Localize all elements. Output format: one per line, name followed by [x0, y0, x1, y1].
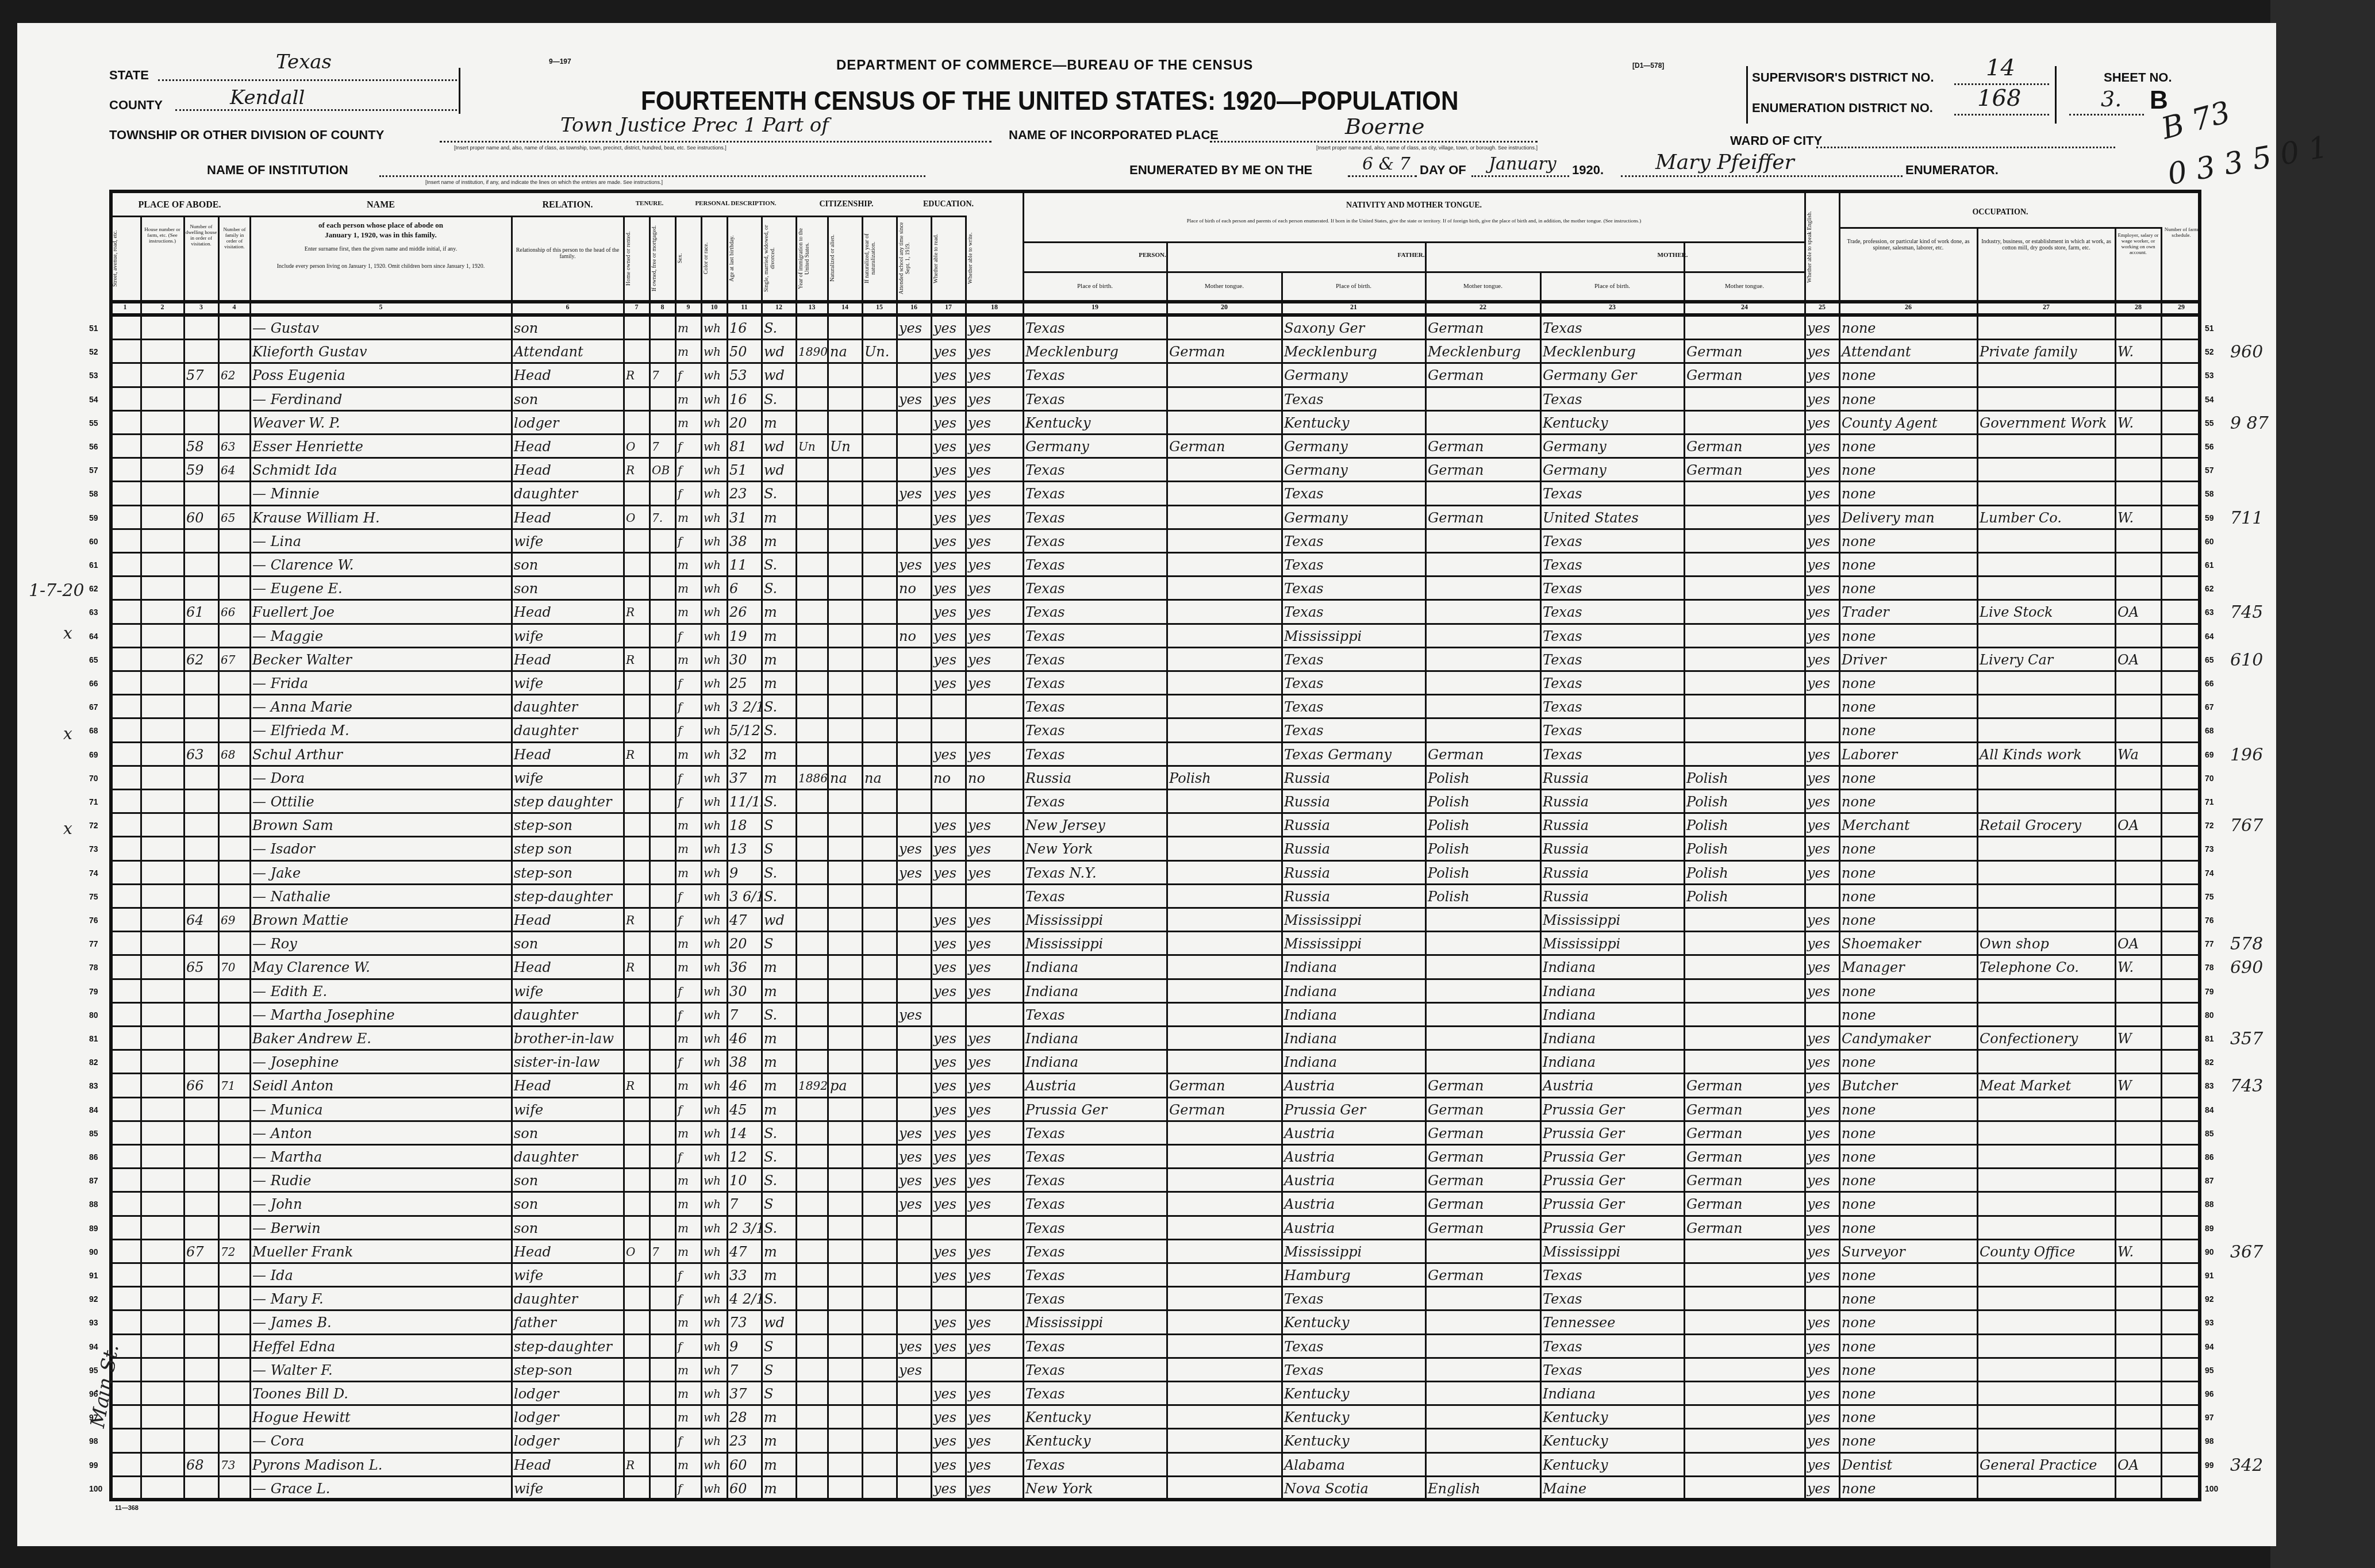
cell-mt — [1167, 1288, 1282, 1311]
cell-emp — [2115, 1335, 2161, 1359]
cell-mt — [1167, 1004, 1282, 1027]
cell-fmt — [1425, 1311, 1540, 1335]
cell-imm — [796, 482, 828, 506]
cell-owned — [650, 909, 675, 932]
cell-emp: W — [2115, 1027, 2161, 1051]
header-c5-a: of each person whose place of abode on — [256, 221, 506, 229]
line-number: 74 — [2205, 868, 2214, 878]
cell-ind — [1977, 1477, 2115, 1501]
cell-marital: S — [762, 932, 796, 956]
cell-owned: 7 — [650, 435, 675, 459]
cell-fmt — [1425, 412, 1540, 435]
cell-fpob: Kentucky — [1282, 1382, 1425, 1406]
line-number: 57 — [2205, 466, 2214, 475]
cell-school: yes — [897, 317, 931, 340]
cell-mmt: German — [1684, 1169, 1805, 1193]
cell-natyr — [862, 672, 897, 695]
cell-family — [218, 1004, 250, 1027]
cell-eng: yes — [1805, 672, 1839, 695]
cell-write: yes — [966, 980, 1023, 1004]
cell-mpob: Russia — [1540, 814, 1684, 837]
cell-mt — [1167, 837, 1282, 861]
cell-fmt — [1425, 648, 1540, 672]
cell-dwelling — [184, 577, 218, 601]
cell-mmt: German — [1684, 1217, 1805, 1240]
cell-owned — [650, 1311, 675, 1335]
cell-dwelling: 67 — [184, 1240, 218, 1264]
column-number: 20 — [1167, 303, 1282, 312]
cell-mpob: Russia — [1540, 767, 1684, 790]
nativity-note: Place of birth of each person and parent… — [1029, 218, 1799, 224]
cell-read: yes — [931, 1429, 966, 1453]
county-underline — [175, 109, 457, 111]
cell-sex: f — [675, 672, 701, 695]
cell-family — [218, 837, 250, 861]
cell-marital: m — [762, 1477, 796, 1501]
cell-age: 38 — [727, 530, 762, 554]
cell-occ: none — [1839, 1004, 1977, 1027]
cell-fpob: Russia — [1282, 814, 1425, 837]
cell-mt — [1167, 1429, 1282, 1453]
cell-relation: daughter — [512, 1146, 624, 1169]
margin-mark-1: x — [63, 624, 72, 643]
cell-nat — [828, 1169, 862, 1193]
group-citizenship: CITIZENSHIP. — [796, 200, 897, 209]
cell-sex: m — [675, 1454, 701, 1477]
cell-dwelling — [184, 388, 218, 412]
cell-pob: Texas — [1023, 1335, 1167, 1359]
census-title: FOURTEENTH CENSUS OF THE UNITED STATES: … — [641, 85, 1459, 116]
cell-school: yes — [897, 1359, 931, 1382]
line-number: 58 — [89, 489, 98, 498]
right-margin-note: 578 — [2230, 932, 2263, 956]
cell-owned — [650, 648, 675, 672]
line-number: 53 — [89, 371, 98, 380]
cell-ind: Meat Market — [1977, 1074, 2115, 1098]
cell-fmt — [1425, 672, 1540, 695]
margin-mark-3: x — [63, 819, 72, 838]
district-bracket-left — [1746, 66, 1748, 124]
cell-owned — [650, 1027, 675, 1051]
department-title: DEPARTMENT OF COMMERCE—BUREAU OF THE CEN… — [836, 57, 1253, 74]
cell-race: wh — [701, 317, 727, 340]
cell-pob: Texas — [1023, 459, 1167, 482]
cell-imm — [796, 364, 828, 387]
cell-age: 11 — [727, 554, 762, 577]
line-number: 83 — [2205, 1081, 2214, 1090]
cell-name: — Minnie — [250, 482, 512, 506]
cell-emp: W — [2115, 1074, 2161, 1098]
cell-eng: yes — [1805, 956, 1839, 979]
header-father: FATHER. — [1282, 252, 1540, 259]
cell-name: — Dora — [250, 767, 512, 790]
cell-nat — [828, 1004, 862, 1027]
cell-natyr — [862, 909, 897, 932]
cell-mpob: Mecklenburg — [1540, 340, 1684, 364]
cell-natyr: Un. — [862, 340, 897, 364]
cell-pob: Texas — [1023, 1217, 1167, 1240]
cell-emp — [2115, 317, 2161, 340]
table-row: 6166Fuellert JoeHeadRmwh26myesyesTexasTe… — [109, 601, 2201, 624]
cell-nat — [828, 554, 862, 577]
cell-family: 67 — [218, 648, 250, 672]
table-row: Klieforth GustavAttendantmwh50wd1890naUn… — [109, 340, 2201, 364]
cell-tenure — [624, 1027, 650, 1051]
cell-age: 16 — [727, 317, 762, 340]
line-number: 72 — [89, 821, 98, 830]
table-row: — Idawifefwh33myesyesTexasHamburgGermanT… — [109, 1264, 2201, 1288]
cell-write: yes — [966, 1454, 1023, 1477]
cell-dwelling: 60 — [184, 506, 218, 530]
cell-ind — [1977, 459, 2115, 482]
cell-natyr — [862, 1098, 897, 1122]
cell-nat — [828, 909, 862, 932]
cell-relation: step son — [512, 837, 624, 861]
cell-family — [218, 1122, 250, 1146]
line-number: 61 — [89, 560, 98, 570]
cell-read: yes — [931, 577, 966, 601]
cell-imm: 1890 — [796, 340, 828, 364]
cell-owned — [650, 1382, 675, 1406]
cell-natyr — [862, 412, 897, 435]
cell-occ: none — [1839, 719, 1977, 743]
cell-emp — [2115, 672, 2161, 695]
cell-mt — [1167, 1454, 1282, 1477]
cell-dwelling: 61 — [184, 601, 218, 624]
group-place-of-abode: PLACE OF ABODE. — [109, 200, 250, 210]
cell-marital: S. — [762, 790, 796, 814]
cell-relation: son — [512, 1193, 624, 1216]
line-number: 86 — [2205, 1152, 2214, 1162]
cell-marital: m — [762, 1098, 796, 1122]
cell-school — [897, 435, 931, 459]
cell-emp — [2115, 1359, 2161, 1382]
cell-owned — [650, 672, 675, 695]
cell-natyr: na — [862, 767, 897, 790]
cell-name: — Frida — [250, 672, 512, 695]
county-label: COUNTY — [109, 98, 163, 113]
header-person: PERSON. — [1023, 252, 1282, 259]
cell-occ: none — [1839, 1311, 1977, 1335]
right-margin-note: 196 — [2230, 743, 2263, 767]
cell-name: — Mary F. — [250, 1288, 512, 1311]
cell-age: 46 — [727, 1027, 762, 1051]
line-number: 68 — [2205, 726, 2214, 735]
cell-emp — [2115, 790, 2161, 814]
cell-owned — [650, 932, 675, 956]
cell-age: 73 — [727, 1311, 762, 1335]
township-label: TOWNSHIP OR OTHER DIVISION OF COUNTY — [109, 128, 384, 143]
cell-school — [897, 1240, 931, 1264]
cell-imm — [796, 672, 828, 695]
sheet-label: SHEET NO. — [2104, 70, 2172, 85]
cell-read: yes — [931, 1027, 966, 1051]
cell-imm — [796, 1193, 828, 1216]
cell-mt — [1167, 1027, 1282, 1051]
cell-owned — [650, 388, 675, 412]
header-c28: Employer, salary or wage worker, or work… — [2116, 233, 2160, 256]
cell-natyr — [862, 1146, 897, 1169]
cell-age: 31 — [727, 506, 762, 530]
cell-read: yes — [931, 506, 966, 530]
month-underline — [1471, 175, 1569, 177]
cell-relation: Head — [512, 909, 624, 932]
table-row: — Marthadaughterfwh12S.yesyesyesTexasAus… — [109, 1146, 2201, 1169]
cell-marital: m — [762, 767, 796, 790]
cell-read — [931, 1217, 966, 1240]
cell-mt: Polish — [1167, 767, 1282, 790]
state-underline — [158, 79, 457, 81]
cell-name: Hogue Hewitt — [250, 1406, 512, 1429]
cell-imm — [796, 412, 828, 435]
cell-emp: Wa — [2115, 743, 2161, 767]
cell-sex: m — [675, 1406, 701, 1429]
cell-relation: step-daughter — [512, 885, 624, 909]
cell-name: Krause William H. — [250, 506, 512, 530]
column-number: 21 — [1282, 303, 1425, 312]
cell-name: — John — [250, 1193, 512, 1216]
cell-age: 18 — [727, 814, 762, 837]
cell-natyr — [862, 601, 897, 624]
cell-family — [218, 1288, 250, 1311]
cell-family — [218, 1311, 250, 1335]
right-margin-note: 9 87 — [2230, 412, 2269, 435]
cell-emp: W. — [2115, 1240, 2161, 1264]
cell-name: — Munica — [250, 1098, 512, 1122]
cell-read: yes — [931, 1264, 966, 1288]
line-number: 73 — [89, 844, 98, 854]
cell-read: yes — [931, 1477, 966, 1501]
cell-mmt — [1684, 1027, 1805, 1051]
cell-dwelling — [184, 554, 218, 577]
cell-eng: yes — [1805, 625, 1839, 648]
cell-ind: Livery Car — [1977, 648, 2115, 672]
line-number: 73 — [2205, 844, 2214, 854]
scan-background-right — [2270, 0, 2375, 1568]
cell-dwelling: 66 — [184, 1074, 218, 1098]
cell-marital: m — [762, 625, 796, 648]
cell-relation: lodger — [512, 1429, 624, 1453]
cell-natyr — [862, 980, 897, 1004]
cell-ind — [1977, 1264, 2115, 1288]
line-number: 82 — [89, 1058, 98, 1067]
cell-write: yes — [966, 1193, 1023, 1216]
cell-marital: S — [762, 1193, 796, 1216]
cell-dwelling — [184, 1264, 218, 1288]
cell-mt — [1167, 980, 1282, 1004]
cell-fpob: Austria — [1282, 1146, 1425, 1169]
line-number: 85 — [2205, 1129, 2214, 1138]
ward-underline — [1816, 147, 2115, 148]
cell-natyr — [862, 1193, 897, 1216]
cell-age: 47 — [727, 1240, 762, 1264]
cell-eng: yes — [1805, 554, 1839, 577]
cell-pob: Texas — [1023, 1169, 1167, 1193]
cell-race: wh — [701, 1004, 727, 1027]
cell-emp — [2115, 1122, 2161, 1146]
cell-nat — [828, 719, 862, 743]
header-c6: Relationship of this person to the head … — [514, 247, 621, 260]
cell-sex: m — [675, 1217, 701, 1240]
cell-nat — [828, 317, 862, 340]
cell-fmt — [1425, 1382, 1540, 1406]
cell-age: 45 — [727, 1098, 762, 1122]
cell-mpob: Texas — [1540, 530, 1684, 554]
cell-ind: Government Work — [1977, 412, 2115, 435]
cell-family: 70 — [218, 956, 250, 979]
cell-nat — [828, 1240, 862, 1264]
cell-mt — [1167, 1217, 1282, 1240]
cell-family — [218, 1359, 250, 1382]
line-number: 72 — [2205, 821, 2214, 830]
cell-natyr — [862, 1288, 897, 1311]
cell-fpob: Austria — [1282, 1074, 1425, 1098]
column-number: 8 — [650, 303, 675, 312]
cell-sex: m — [675, 1311, 701, 1335]
right-margin-note: 743 — [2230, 1074, 2263, 1098]
cell-sex: f — [675, 790, 701, 814]
cell-nat — [828, 695, 862, 719]
cell-marital: m — [762, 672, 796, 695]
cell-marital: wd — [762, 435, 796, 459]
cell-race: wh — [701, 1122, 727, 1146]
cell-natyr — [862, 932, 897, 956]
cell-ind — [1977, 1382, 2115, 1406]
cell-marital: m — [762, 1454, 796, 1477]
cell-school: yes — [897, 482, 931, 506]
cell-sex: f — [675, 435, 701, 459]
cell-tenure — [624, 695, 650, 719]
cell-read: yes — [931, 459, 966, 482]
cell-family — [218, 1098, 250, 1122]
cell-mpob: Germany Ger — [1540, 364, 1684, 387]
cell-read: yes — [931, 1193, 966, 1216]
cell-race: wh — [701, 1146, 727, 1169]
cell-race: wh — [701, 1098, 727, 1122]
cell-occ: Manager — [1839, 956, 1977, 979]
cell-owned — [650, 790, 675, 814]
cell-ind: General Practice — [1977, 1454, 2115, 1477]
cell-school — [897, 1429, 931, 1453]
cell-relation: wife — [512, 1264, 624, 1288]
cell-age: 9 — [727, 1335, 762, 1359]
cell-fpob: Prussia Ger — [1282, 1098, 1425, 1122]
cell-emp — [2115, 388, 2161, 412]
cell-natyr — [862, 554, 897, 577]
cell-owned — [650, 412, 675, 435]
incorporated-hint: [Insert proper name and, also, name of c… — [1316, 145, 1538, 151]
cell-mt — [1167, 388, 1282, 412]
cell-race: wh — [701, 459, 727, 482]
cell-family: 69 — [218, 909, 250, 932]
cell-mmt — [1684, 506, 1805, 530]
cell-nat — [828, 577, 862, 601]
cell-fpob: Kentucky — [1282, 1406, 1425, 1429]
cell-tenure — [624, 885, 650, 909]
cell-occ: none — [1839, 1406, 1977, 1429]
table-row: 6772Mueller FrankHeadO7mwh47myesyesTexas… — [109, 1240, 2201, 1264]
cell-fmt — [1425, 932, 1540, 956]
cell-age: 7 — [727, 1193, 762, 1216]
cell-write: yes — [966, 1051, 1023, 1074]
cell-imm — [796, 577, 828, 601]
cell-eng: yes — [1805, 1454, 1839, 1477]
cell-age: 3 2/12 — [727, 695, 762, 719]
cell-dwelling — [184, 1311, 218, 1335]
cell-imm — [796, 601, 828, 624]
cell-dwelling — [184, 1406, 218, 1429]
cell-tenure — [624, 980, 650, 1004]
cell-eng: yes — [1805, 1240, 1839, 1264]
cell-race: wh — [701, 1382, 727, 1406]
cell-read: yes — [931, 388, 966, 412]
cell-imm — [796, 1429, 828, 1453]
table-row: — Isadorstep sonmwh13SyesyesyesNew YorkR… — [109, 837, 2201, 861]
cell-fpob: Indiana — [1282, 980, 1425, 1004]
cell-school — [897, 1098, 931, 1122]
county-value: Kendall — [230, 86, 305, 109]
cell-school: no — [897, 625, 931, 648]
cell-owned — [650, 695, 675, 719]
cell-mt — [1167, 1335, 1282, 1359]
cell-read — [931, 1288, 966, 1311]
table-row: — Minniedaughterfwh23S.yesyesyesTexasTex… — [109, 482, 2201, 506]
cell-name: — Clarence W. — [250, 554, 512, 577]
cell-fpob: Austria — [1282, 1193, 1425, 1216]
cell-fmt — [1425, 1240, 1540, 1264]
cell-age: 23 — [727, 482, 762, 506]
cell-name: Mueller Frank — [250, 1240, 512, 1264]
cell-occ: none — [1839, 482, 1977, 506]
cell-mt — [1167, 317, 1282, 340]
cell-fmt — [1425, 625, 1540, 648]
cell-tenure — [624, 340, 650, 364]
cell-age: 9 — [727, 862, 762, 885]
cell-write — [966, 1217, 1023, 1240]
cell-mt — [1167, 648, 1282, 672]
cell-name: — Martha Josephine — [250, 1004, 512, 1027]
cell-dwelling — [184, 837, 218, 861]
cell-fpob: Austria — [1282, 1122, 1425, 1146]
cell-school: yes — [897, 1169, 931, 1193]
cell-natyr — [862, 814, 897, 837]
cell-name: — Grace L. — [250, 1477, 512, 1501]
cell-pob: Texas — [1023, 317, 1167, 340]
cell-write: yes — [966, 1382, 1023, 1406]
cell-relation: step-daughter — [512, 1335, 624, 1359]
cell-mt — [1167, 554, 1282, 577]
cell-relation: wife — [512, 1477, 624, 1501]
cell-emp — [2115, 435, 2161, 459]
cell-name: — Elfrieda M. — [250, 719, 512, 743]
cell-owned — [650, 1169, 675, 1193]
cell-nat — [828, 862, 862, 885]
cell-name: — Anna Marie — [250, 695, 512, 719]
cell-mmt — [1684, 554, 1805, 577]
cell-emp — [2115, 1169, 2161, 1193]
cell-emp — [2115, 1098, 2161, 1122]
cell-natyr — [862, 1382, 897, 1406]
cell-imm — [796, 1169, 828, 1193]
cell-read: yes — [931, 340, 966, 364]
group-name: NAME — [250, 200, 512, 210]
cell-eng: yes — [1805, 837, 1839, 861]
cell-natyr — [862, 1429, 897, 1453]
cell-fmt — [1425, 1051, 1540, 1074]
cell-marital: S. — [762, 1146, 796, 1169]
cell-dwelling — [184, 1335, 218, 1359]
cell-tenure — [624, 719, 650, 743]
